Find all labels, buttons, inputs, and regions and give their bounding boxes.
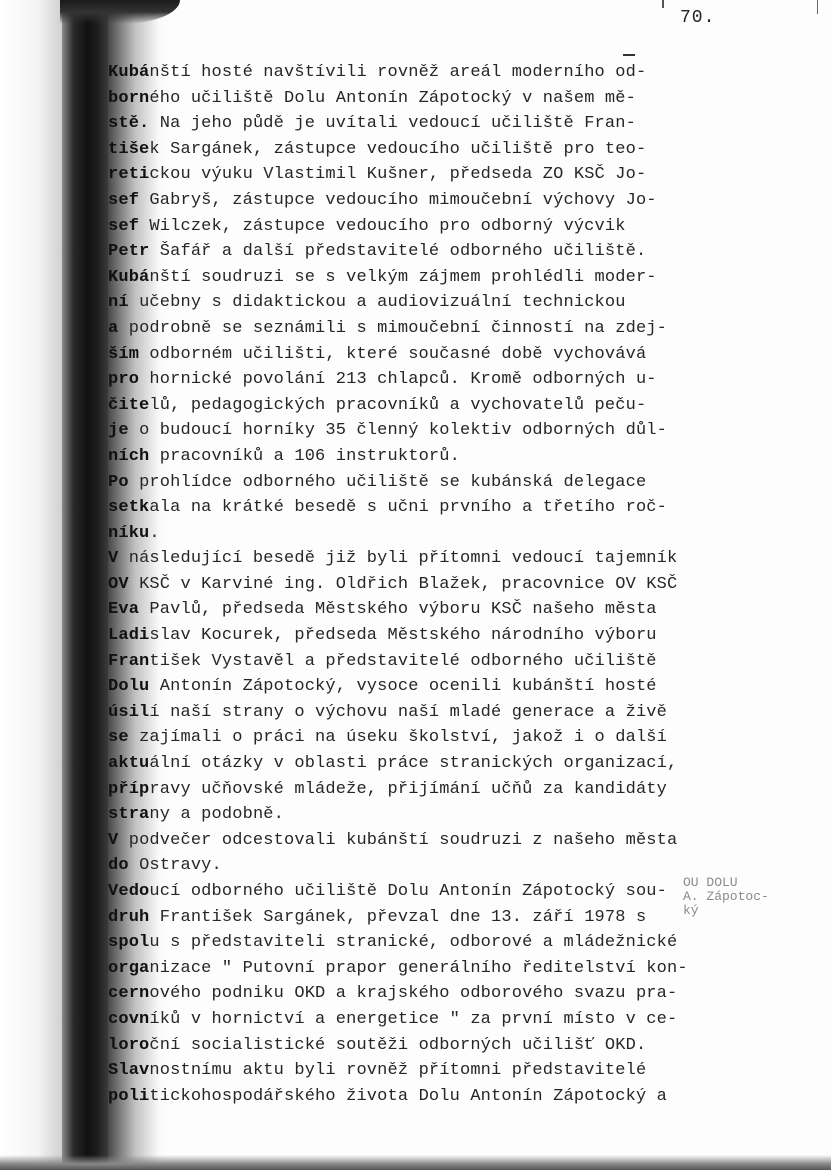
scan-edge-mark xyxy=(817,0,818,14)
paragraph: V podvečer odcestovali kubánští soudruzi… xyxy=(108,828,678,879)
text-line: úsilí naší strany o výchovu naší mladé g… xyxy=(108,700,678,726)
paragraph: Vedoucí odborného učiliště Dolu Antonín … xyxy=(108,879,678,1109)
text-line: loroční socialistické soutěži odborných … xyxy=(108,1033,678,1059)
margin-annotation: OU DOLU A. Zápotoc- ký xyxy=(683,876,769,918)
text-line: strany a podobně. xyxy=(108,802,678,828)
scan-tick-mark xyxy=(662,0,664,8)
text-line: ní učebny s didaktickou a audiovizuální … xyxy=(108,290,678,316)
paragraph: V následující besedě již byli přítomni v… xyxy=(108,546,678,828)
text-line: aktuální otázky v oblasti práce stranick… xyxy=(108,751,678,777)
text-line: ším odborném učilišti, které současné do… xyxy=(108,342,678,368)
text-line: Slavnostnímu aktu byli rovněž přítomni p… xyxy=(108,1058,678,1084)
text-line: Kubánští hosté navštívili rovněž areál m… xyxy=(108,60,678,86)
text-line: čitelů, pedagogických pracovníků a vycho… xyxy=(108,393,678,419)
bottom-edge-shadow xyxy=(0,1155,831,1170)
text-line: Vedoucí odborného učiliště Dolu Antonín … xyxy=(108,879,678,905)
text-line: se zajímali o práci na úseku školství, j… xyxy=(108,725,678,751)
page-margin-left xyxy=(0,0,62,1170)
typewriter-mark xyxy=(623,54,635,56)
text-line: spolu s představiteli stranické, odborov… xyxy=(108,930,678,956)
text-line: retickou výuku Vlastimil Kušner, předsed… xyxy=(108,162,678,188)
text-line: cernového podniku OKD a krajského odboro… xyxy=(108,981,678,1007)
text-line: do Ostravy. xyxy=(108,853,678,879)
text-line: Petr Šafář a další představitelé odborné… xyxy=(108,239,678,265)
text-line: je o budoucí horníky 35 členný kolektiv … xyxy=(108,418,678,444)
scanned-document-page: 70. Kubánští hosté navštívili rovněž are… xyxy=(0,0,831,1170)
text-line: covníků v hornictví a energetice " za pr… xyxy=(108,1007,678,1033)
text-line: politickohospodářského života Dolu Anton… xyxy=(108,1084,678,1110)
text-line: tišek Sargánek, zástupce vedoucího učili… xyxy=(108,137,678,163)
text-line: Kubánští soudruzi se s velkým zájmem pro… xyxy=(108,265,678,291)
text-line: stě. Na jeho půdě je uvítali vedoucí uči… xyxy=(108,111,678,137)
text-line: přípravy učňovské mládeže, přijímání učň… xyxy=(108,777,678,803)
text-line: sef Wilczek, zástupce vedoucího pro odbo… xyxy=(108,214,678,240)
text-line: borného učiliště Dolu Antonín Zápotocký … xyxy=(108,86,678,112)
text-line: sef Gabryš, zástupce vedoucího mimoučebn… xyxy=(108,188,678,214)
text-line: Ladislav Kocurek, předseda Městského nár… xyxy=(108,623,678,649)
text-line: a podrobně se seznámili s mimoučební čin… xyxy=(108,316,678,342)
text-line: druh František Sargánek, převzal dne 13.… xyxy=(108,905,678,931)
paragraph: Po prohlídce odborného učiliště se kubán… xyxy=(108,470,678,547)
text-line: pro hornické povolání 213 chlapců. Kromě… xyxy=(108,367,678,393)
text-line: V podvečer odcestovali kubánští soudruzi… xyxy=(108,828,678,854)
document-body: Kubánští hosté navštívili rovněž areál m… xyxy=(108,60,678,1109)
text-line: setkala na krátké besedě s učni prvního … xyxy=(108,495,678,521)
text-line: František Vystavěl a představitelé odbor… xyxy=(108,649,678,675)
text-line: Eva Pavlů, předseda Městského výboru KSČ… xyxy=(108,597,678,623)
text-line: organizace " Putovní prapor generálního … xyxy=(108,956,678,982)
book-gutter-shadow xyxy=(62,0,108,1170)
text-line: Po prohlídce odborného učiliště se kubán… xyxy=(108,470,678,496)
text-line: ních pracovníků a 106 instruktorů. xyxy=(108,444,678,470)
text-line: níku. xyxy=(108,521,678,547)
text-line: OV KSČ v Karviné ing. Oldřich Blažek, pr… xyxy=(108,572,678,598)
text-line: V následující besedě již byli přítomni v… xyxy=(108,546,678,572)
paragraph: Kubánští hosté navštívili rovněž areál m… xyxy=(108,60,678,470)
page-number: 70. xyxy=(680,8,715,28)
text-line: Dolu Antonín Zápotocký, vysoce ocenili k… xyxy=(108,674,678,700)
